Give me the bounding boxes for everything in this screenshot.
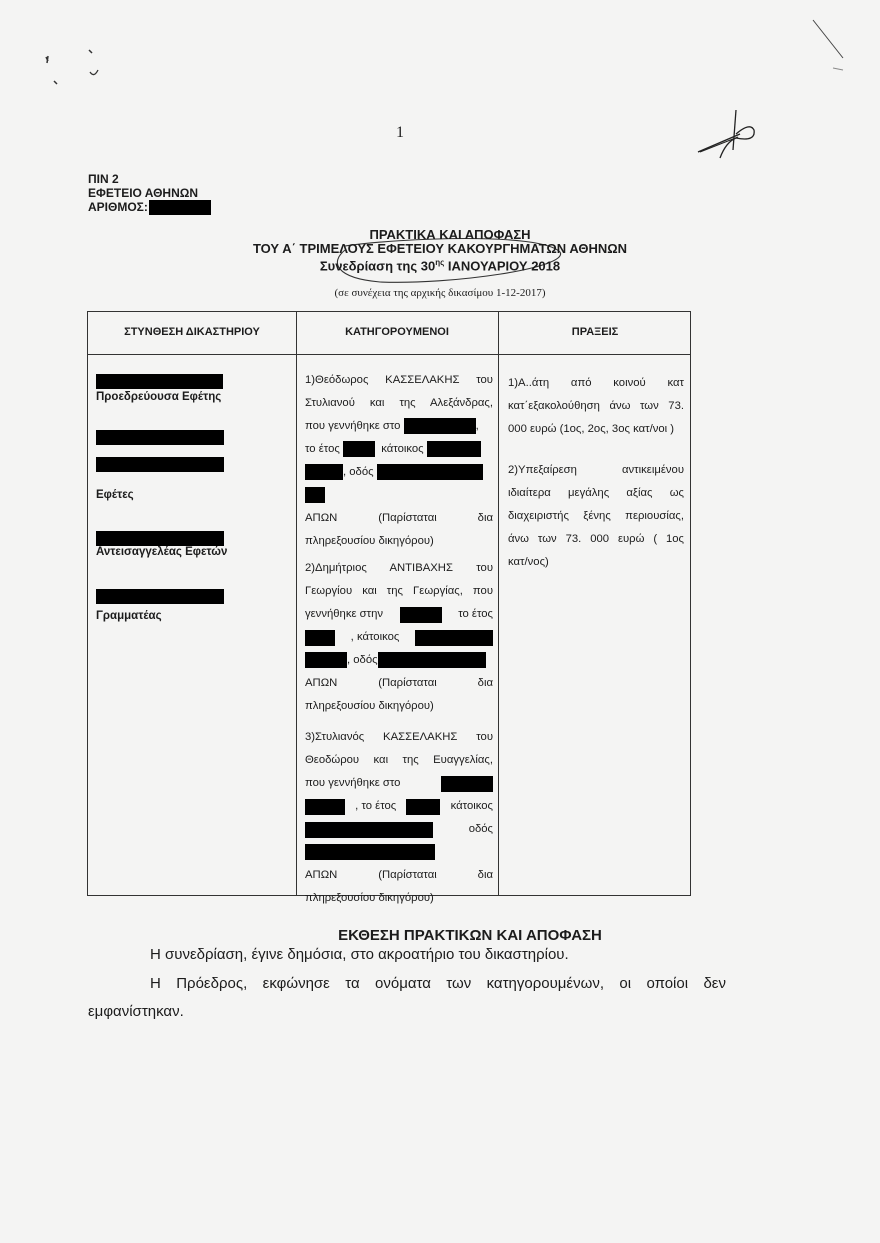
- redaction: [305, 844, 435, 860]
- report-paragraph-2-cont: εμφανίστηκαν.: [88, 998, 184, 1026]
- defendant-2: 2)Δημήτριος ΑΝΤΙΒΑΧΗΣ του Γεωργίου και τ…: [305, 557, 493, 718]
- report-paragraph-1: Η συνεδρίαση, έγινε δημόσια, στο ακροατή…: [150, 941, 569, 969]
- redaction: [96, 457, 224, 472]
- column-header-defendants: ΚΑΤΗΓΟΡΟΥΜΕΝΟΙ: [296, 326, 498, 338]
- judges-label: Εφέτες: [96, 489, 134, 501]
- defendant-3: 3)Στυλιανός ΚΑΣΣΕΛΑΚΗΣ του Θεοδώρου και …: [305, 726, 493, 910]
- redaction: [305, 487, 325, 503]
- redaction: [96, 589, 224, 604]
- redaction: [149, 200, 211, 215]
- document-title: ΠΡΑΚΤΙΚΑ ΚΑΙ ΑΠΟΦΑΣΗ ΤΟΥ Α΄ ΤΡΙΜΕΛΟΥΣ ΕΦ…: [0, 228, 880, 273]
- report-paragraph-2: Η Πρόεδρος, εκφώνησε τα ονόματα των κατη…: [150, 970, 726, 998]
- column-header-court: ΣΤΥΝΘΕΣΗ ΔΙΚΑΣΤΗΡΙΟΥ: [88, 326, 296, 338]
- title-line-2: ΤΟΥ Α΄ ΤΡΙΜΕΛΟΥΣ ΕΦΕΤΕΙΟΥ ΚΑΚΟΥΡΓΗΜΑΤΩΝ …: [0, 242, 880, 256]
- header-line-2: ΕΦΕΤΕΙΟ ΑΘΗΝΩΝ: [88, 186, 211, 200]
- document-header: ΠΙΝ 2 ΕΦΕΤΕΙΟ ΑΘΗΝΩΝ ΑΡΙΘΜΟΣ:: [88, 172, 211, 215]
- redaction: [305, 630, 335, 646]
- redaction: [305, 799, 345, 815]
- title-line-3: Συνεδρίαση της 30ης ΙΑΝΟΥΑΡΙΟΥ 2018: [0, 256, 880, 273]
- prosecutor-label: Αντεισαγγελέας Εφετών: [96, 546, 227, 558]
- redaction: [96, 430, 224, 445]
- case-table: ΣΤΥΝΘΕΣΗ ΔΙΚΑΣΤΗΡΙΟΥ ΚΑΤΗΓΟΡΟΥΜΕΝΟΙ ΠΡΑΞ…: [87, 311, 691, 896]
- redaction: [305, 652, 347, 668]
- redaction: [378, 652, 486, 668]
- presiding-judge-label: Προεδρεύουσα Εφέτης: [96, 391, 221, 403]
- redaction: [343, 441, 375, 457]
- signature-icon: [698, 110, 754, 158]
- redaction: [305, 822, 433, 838]
- column-header-acts: ΠΡΑΞΕΙΣ: [498, 326, 692, 338]
- title-line-1: ΠΡΑΚΤΙΚΑ ΚΑΙ ΑΠΟΦΑΣΗ: [0, 228, 880, 242]
- redaction: [415, 630, 493, 646]
- header-line-1: ΠΙΝ 2: [88, 172, 211, 186]
- act-2: 2)Υπεξαίρεση αντικειμένου ιδιαίτερα μεγά…: [508, 459, 684, 574]
- case-number: ΑΡΙΘΜΟΣ:: [88, 200, 211, 215]
- redaction: [305, 464, 343, 480]
- defendant-1: 1)Θεόδωρος ΚΑΣΣΕΛΑΚΗΣ του Στυλιανού και …: [305, 369, 493, 553]
- redaction: [377, 464, 483, 480]
- redaction: [427, 441, 481, 457]
- redaction: [406, 799, 440, 815]
- redaction: [400, 607, 442, 623]
- redaction: [441, 776, 493, 792]
- redaction: [96, 531, 224, 546]
- page-number: 1: [396, 124, 404, 142]
- title-subtitle: (σε συνέχεια της αρχικής δικασίμου 1-12-…: [0, 287, 880, 299]
- redaction: [96, 374, 223, 389]
- act-1: 1)Α..άτη από κοινού κατ κατ΄εξακολούθηση…: [508, 372, 684, 441]
- clerk-label: Γραμματέας: [96, 610, 162, 622]
- redaction: [404, 418, 476, 434]
